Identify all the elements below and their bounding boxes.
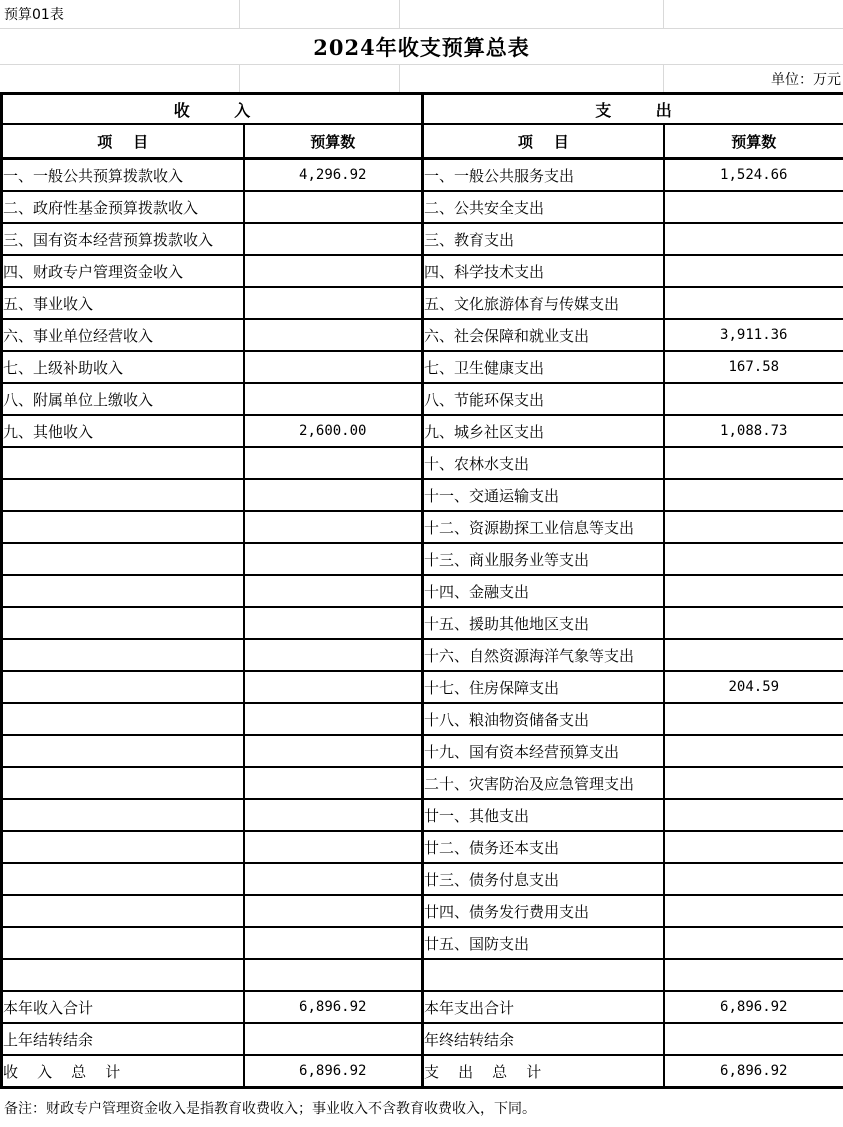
income-item-cell: 本年收入合计 (2, 991, 244, 1023)
unit-label: 单位：万元 (771, 69, 843, 89)
income-item-cell (2, 479, 244, 511)
income-item-cell (2, 927, 244, 959)
empty-cell (240, 0, 400, 28)
budget-table-body: 一、一般公共预算拨款收入 4,296.92 一、一般公共服务支出 1,524.6… (2, 159, 843, 1088)
budget-table: 收 入 支 出 项 目 预算数 项 目 预算数 一、一般公共预算拨款收入 4,2… (0, 92, 843, 1089)
empty-cell (0, 65, 240, 92)
expense-budget-cell (664, 703, 843, 735)
expense-budget-cell: 6,896.92 (664, 1055, 843, 1088)
expense-budget-cell (664, 895, 843, 927)
expense-item-cell: 支 出 总 计 (423, 1055, 664, 1088)
expense-budget-cell: 3,911.36 (664, 319, 843, 351)
table-row: 四、财政专户管理资金收入 四、科学技术支出 (2, 255, 843, 287)
income-budget-cell (244, 767, 423, 799)
income-budget-cell (244, 799, 423, 831)
expense-item-cell: 年终结转结余 (423, 1023, 664, 1055)
income-budget-cell (244, 511, 423, 543)
expense-item-cell: 十一、交通运输支出 (423, 479, 664, 511)
expense-item-cell: 十七、住房保障支出 (423, 671, 664, 703)
expense-budget-cell (664, 639, 843, 671)
income-item-cell (2, 767, 244, 799)
income-item-cell (2, 831, 244, 863)
expense-item-cell: 廿四、债务发行费用支出 (423, 895, 664, 927)
expense-budget-cell (664, 479, 843, 511)
expense-budget-cell (664, 447, 843, 479)
expense-item-cell: 十二、资源勘探工业信息等支出 (423, 511, 664, 543)
income-item-cell: 二、政府性基金预算拨款收入 (2, 191, 244, 223)
expense-budget-cell (664, 607, 843, 639)
empty-cell (400, 65, 664, 92)
income-item-cell: 六、事业单位经营收入 (2, 319, 244, 351)
income-item-cell (2, 575, 244, 607)
table-row: 五、事业收入 五、文化旅游体育与传媒支出 (2, 287, 843, 319)
income-budget-cell (244, 863, 423, 895)
income-item-cell: 七、上级补助收入 (2, 351, 244, 383)
expense-budget-cell (664, 927, 843, 959)
table-row: 十七、住房保障支出 204.59 (2, 671, 843, 703)
expense-item-cell: 二、公共安全支出 (423, 191, 664, 223)
expense-budget-cell (664, 1023, 843, 1055)
income-budget-cell (244, 735, 423, 767)
expense-item-cell: 廿一、其他支出 (423, 799, 664, 831)
income-budget-cell: 6,896.92 (244, 991, 423, 1023)
income-budget-cell (244, 639, 423, 671)
income-budget-cell (244, 255, 423, 287)
table-row: 二十、灾害防治及应急管理支出 (2, 767, 843, 799)
income-budget-column-header: 预算数 (244, 124, 423, 159)
table-row: 三、国有资本经营预算拨款收入 三、教育支出 (2, 223, 843, 255)
income-item-cell (2, 863, 244, 895)
income-item-cell (2, 607, 244, 639)
income-item-cell (2, 447, 244, 479)
expense-item-cell: 十、农林水支出 (423, 447, 664, 479)
expense-budget-cell: 1,524.66 (664, 159, 843, 192)
income-item-cell (2, 799, 244, 831)
income-budget-cell: 6,896.92 (244, 1055, 423, 1088)
income-item-cell (2, 895, 244, 927)
income-item-cell: 九、其他收入 (2, 415, 244, 447)
table-row: 十九、国有资本经营预算支出 (2, 735, 843, 767)
income-budget-cell (244, 287, 423, 319)
expense-item-cell: 一、一般公共服务支出 (423, 159, 664, 192)
expense-item-cell: 廿五、国防支出 (423, 927, 664, 959)
income-budget-cell (244, 223, 423, 255)
table-row: 收 入 总 计 6,896.92 支 出 总 计 6,896.92 (2, 1055, 843, 1088)
table-row: 十一、交通运输支出 (2, 479, 843, 511)
income-item-cell (2, 639, 244, 671)
expense-section-header: 支 出 (423, 94, 843, 125)
expense-budget-cell (664, 959, 843, 991)
empty-cell (240, 65, 400, 92)
income-budget-cell (244, 479, 423, 511)
expense-item-cell (423, 959, 664, 991)
income-budget-cell (244, 575, 423, 607)
table-row: 廿四、债务发行费用支出 (2, 895, 843, 927)
expense-budget-column-header: 预算数 (664, 124, 843, 159)
table-row (2, 959, 843, 991)
footnote: 备注：财政专户管理资金收入是指教育收费收入；事业收入不含教育收费收入，下同。 (0, 1089, 843, 1118)
income-budget-cell (244, 927, 423, 959)
table-row: 十二、资源勘探工业信息等支出 (2, 511, 843, 543)
top-gridline-row: 预算01表 (0, 0, 843, 29)
table-row: 本年收入合计 6,896.92 本年支出合计 6,896.92 (2, 991, 843, 1023)
table-row: 廿一、其他支出 (2, 799, 843, 831)
income-item-cell (2, 703, 244, 735)
expense-budget-cell: 1,088.73 (664, 415, 843, 447)
table-row: 八、附属单位上缴收入 八、节能环保支出 (2, 383, 843, 415)
expense-budget-cell (664, 383, 843, 415)
expense-item-cell: 六、社会保障和就业支出 (423, 319, 664, 351)
expense-budget-cell: 6,896.92 (664, 991, 843, 1023)
table-row: 一、一般公共预算拨款收入 4,296.92 一、一般公共服务支出 1,524.6… (2, 159, 843, 192)
table-row: 十三、商业服务业等支出 (2, 543, 843, 575)
expense-item-cell: 廿二、债务还本支出 (423, 831, 664, 863)
income-item-cell: 五、事业收入 (2, 287, 244, 319)
expense-item-cell: 五、文化旅游体育与传媒支出 (423, 287, 664, 319)
income-budget-cell (244, 383, 423, 415)
expense-budget-cell (664, 767, 843, 799)
expense-budget-cell (664, 255, 843, 287)
expense-budget-cell (664, 863, 843, 895)
section-header-row: 收 入 支 出 (2, 94, 843, 125)
income-budget-cell (244, 671, 423, 703)
expense-item-cell: 四、科学技术支出 (423, 255, 664, 287)
expense-item-cell: 九、城乡社区支出 (423, 415, 664, 447)
income-budget-cell (244, 959, 423, 991)
expense-budget-cell (664, 575, 843, 607)
expense-item-cell: 二十、灾害防治及应急管理支出 (423, 767, 664, 799)
expense-budget-cell (664, 287, 843, 319)
income-item-cell: 八、附属单位上缴收入 (2, 383, 244, 415)
income-item-cell (2, 735, 244, 767)
expense-budget-cell (664, 799, 843, 831)
income-budget-cell (244, 1023, 423, 1055)
income-item-cell (2, 511, 244, 543)
empty-cell (664, 0, 843, 28)
income-budget-cell (244, 831, 423, 863)
income-budget-cell (244, 543, 423, 575)
table-row: 十六、自然资源海洋气象等支出 (2, 639, 843, 671)
table-row: 六、事业单位经营收入 六、社会保障和就业支出 3,911.36 (2, 319, 843, 351)
expense-item-cell: 三、教育支出 (423, 223, 664, 255)
expense-item-cell: 八、节能环保支出 (423, 383, 664, 415)
table-row: 二、政府性基金预算拨款收入 二、公共安全支出 (2, 191, 843, 223)
income-budget-cell (244, 895, 423, 927)
income-budget-cell (244, 319, 423, 351)
income-item-cell: 四、财政专户管理资金收入 (2, 255, 244, 287)
income-budget-cell (244, 447, 423, 479)
expense-budget-cell (664, 223, 843, 255)
expense-budget-cell (664, 511, 843, 543)
income-item-cell: 三、国有资本经营预算拨款收入 (2, 223, 244, 255)
budget-sheet: 预算01表 2024年收支预算总表 单位：万元 收 入 支 出 项 目 (0, 0, 843, 1127)
table-row: 上年结转结余 年终结转结余 (2, 1023, 843, 1055)
expense-item-cell: 本年支出合计 (423, 991, 664, 1023)
expense-item-cell: 七、卫生健康支出 (423, 351, 664, 383)
income-budget-cell (244, 351, 423, 383)
expense-item-cell: 廿三、债务付息支出 (423, 863, 664, 895)
income-budget-cell (244, 191, 423, 223)
expense-budget-cell (664, 191, 843, 223)
income-item-cell (2, 959, 244, 991)
income-budget-cell (244, 607, 423, 639)
expense-item-cell: 十四、金融支出 (423, 575, 664, 607)
income-item-cell: 上年结转结余 (2, 1023, 244, 1055)
income-budget-cell: 4,296.92 (244, 159, 423, 192)
table-row: 十五、援助其他地区支出 (2, 607, 843, 639)
expense-item-cell: 十八、粮油物资储备支出 (423, 703, 664, 735)
table-row: 七、上级补助收入 七、卫生健康支出 167.58 (2, 351, 843, 383)
table-row: 廿二、债务还本支出 (2, 831, 843, 863)
expense-budget-cell (664, 735, 843, 767)
table-row: 十四、金融支出 (2, 575, 843, 607)
sheet-label: 预算01表 (0, 4, 64, 24)
table-row: 九、其他收入 2,600.00 九、城乡社区支出 1,088.73 (2, 415, 843, 447)
title-row: 2024年收支预算总表 (0, 29, 843, 65)
expense-budget-cell: 167.58 (664, 351, 843, 383)
table-row: 十八、粮油物资储备支出 (2, 703, 843, 735)
expense-item-cell: 十三、商业服务业等支出 (423, 543, 664, 575)
table-row: 廿三、债务付息支出 (2, 863, 843, 895)
income-section-header: 收 入 (2, 94, 423, 125)
empty-cell (400, 0, 664, 28)
expense-budget-cell: 204.59 (664, 671, 843, 703)
page-title: 2024年收支预算总表 (313, 32, 529, 62)
income-item-cell (2, 671, 244, 703)
income-budget-cell (244, 703, 423, 735)
column-header-row: 项 目 预算数 项 目 预算数 (2, 124, 843, 159)
income-item-cell (2, 543, 244, 575)
income-budget-cell: 2,600.00 (244, 415, 423, 447)
expense-item-cell: 十九、国有资本经营预算支出 (423, 735, 664, 767)
expense-item-column-header: 项 目 (423, 124, 664, 159)
expense-item-cell: 十六、自然资源海洋气象等支出 (423, 639, 664, 671)
income-item-cell: 一、一般公共预算拨款收入 (2, 159, 244, 192)
sheet-label-cell: 预算01表 (0, 0, 240, 28)
table-row: 十、农林水支出 (2, 447, 843, 479)
expense-item-cell: 十五、援助其他地区支出 (423, 607, 664, 639)
expense-budget-cell (664, 543, 843, 575)
unit-label-cell: 单位：万元 (664, 65, 843, 92)
income-item-column-header: 项 目 (2, 124, 244, 159)
unit-row: 单位：万元 (0, 65, 843, 92)
expense-budget-cell (664, 831, 843, 863)
income-item-cell: 收 入 总 计 (2, 1055, 244, 1088)
table-row: 廿五、国防支出 (2, 927, 843, 959)
